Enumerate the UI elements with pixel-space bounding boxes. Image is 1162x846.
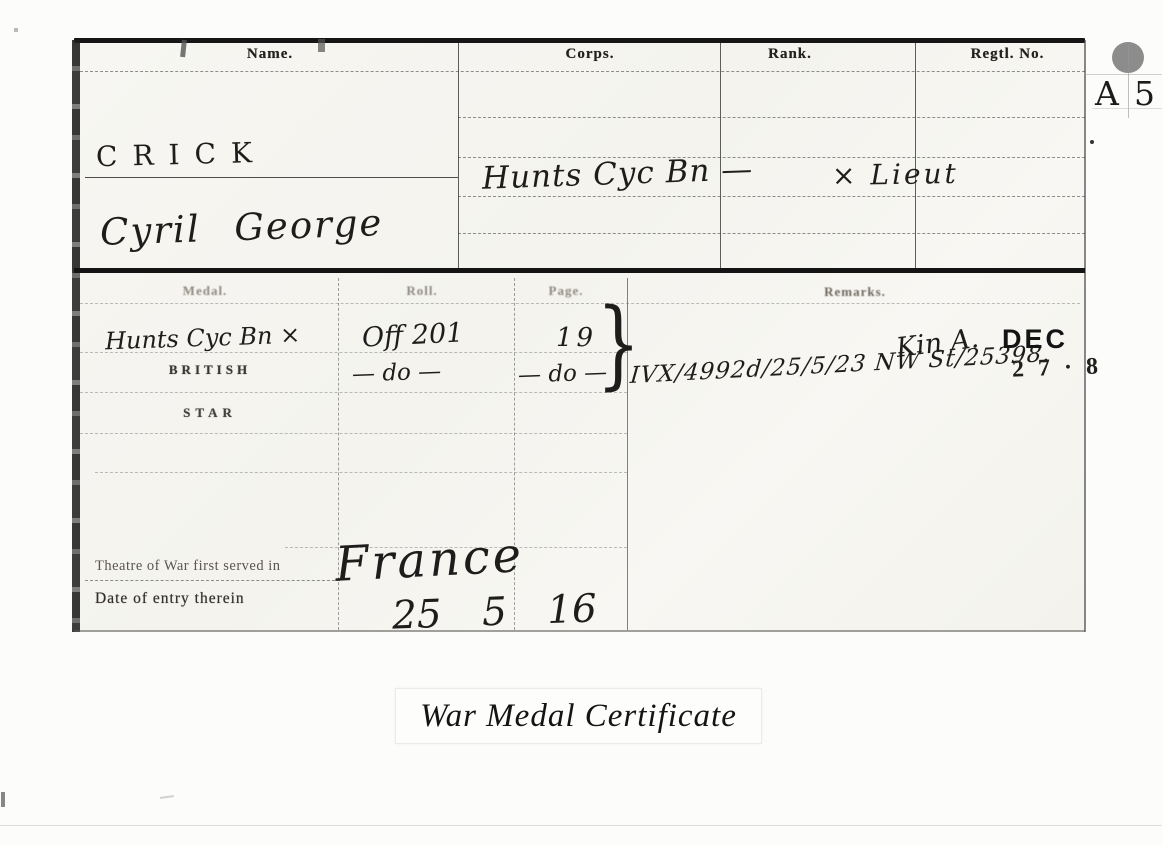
grid-line-h <box>458 233 1085 234</box>
header-roll: Roll. <box>352 283 492 299</box>
scan-artifact-line <box>0 825 1162 826</box>
medal-row-label-star: STAR <box>160 405 260 421</box>
paper-fleck <box>160 795 174 799</box>
card-top-border <box>74 38 1085 43</box>
grid-line-h <box>458 196 1085 197</box>
grid-line-h <box>80 71 1085 72</box>
page-ditto: — do — <box>518 359 608 388</box>
header-regtl-no: Regtl. No. <box>930 46 1085 63</box>
date-stamp-day: 2 7 · 8 <box>1012 353 1103 383</box>
section-divider <box>74 268 1085 273</box>
caption-text: War Medal Certificate <box>420 698 737 735</box>
header-rank: Rank. <box>700 46 880 63</box>
page-entry: 19 <box>556 323 597 353</box>
card-right-edge <box>1084 40 1086 632</box>
header-medal: Medal. <box>120 283 290 299</box>
roll-ditto: — do — <box>352 358 442 387</box>
surname-entry: CRICK <box>96 136 268 173</box>
corner-mark-number: 5 <box>1134 74 1155 113</box>
scanned-page: Name. Corps. Rank. Regtl. No. CRICK Cyri… <box>0 0 1162 846</box>
header-name: Name. <box>90 46 450 63</box>
surname-rule <box>85 177 458 178</box>
date-of-entry-value: 25 5 16 <box>391 586 597 638</box>
grid-line-h <box>85 580 340 581</box>
theatre-of-war-value: France <box>334 527 526 593</box>
grid-line-h <box>80 433 627 434</box>
grid-line-h <box>80 392 627 393</box>
card-left-rough-edge <box>72 40 80 632</box>
caption-label: War Medal Certificate <box>395 688 762 744</box>
corner-mark-letter: A <box>1095 74 1119 113</box>
roll-entry: Off 201 <box>361 317 464 353</box>
date-of-entry-label: Date of entry therein <box>95 590 245 608</box>
faint-guide-line-v <box>1128 44 1129 118</box>
theatre-of-war-label: Theatre of War first served in <box>95 558 280 575</box>
scan-edge-mark <box>1 792 5 807</box>
paper-fleck <box>14 28 18 32</box>
grid-line-h <box>458 117 1085 118</box>
grid-line-h <box>80 303 1080 304</box>
rank-entry: × Lieut <box>832 157 959 192</box>
medal-row-label-british: BRITISH <box>150 362 270 378</box>
grid-line-h <box>95 472 627 473</box>
header-remarks: Remarks. <box>700 284 1010 300</box>
ink-dot <box>1090 140 1094 144</box>
date-stamp-month: DEC <box>1002 324 1068 355</box>
header-corps: Corps. <box>470 46 710 63</box>
